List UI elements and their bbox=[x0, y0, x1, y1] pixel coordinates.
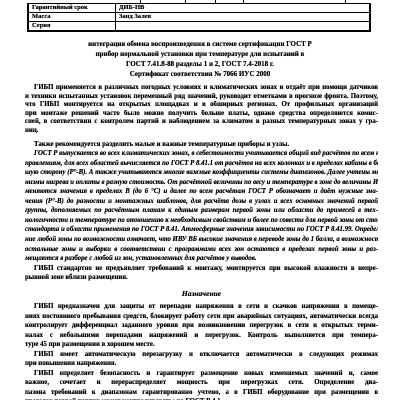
purpose-heading: Назначение bbox=[25, 289, 378, 299]
text-line: ние любой зоны по возможности означает, … bbox=[25, 235, 378, 245]
text-line: ниях постоянного пребывания средств, бло… bbox=[25, 312, 378, 322]
title-line: интеграция обмена воспроизведения в сист… bbox=[0, 39, 400, 49]
table-row: Серия bbox=[28, 22, 370, 32]
title-line: прибор нормальной установки при температ… bbox=[0, 49, 400, 59]
table-row-label: Масса bbox=[28, 13, 116, 22]
mount-paragraph: ГИБП стандартно не предъявляет требовани… bbox=[25, 264, 378, 283]
text-line: сией, в соответствии с контролем партий … bbox=[25, 118, 378, 127]
spec-table: Гарантийный срокДИБ-НВМассаЗанд ЗалевСер… bbox=[27, 0, 371, 32]
text-line: Также рекомендуется разделить малые и ва… bbox=[25, 140, 378, 149]
table-column-tick bbox=[185, 0, 186, 3]
text-line: ГОСТ Р выпускается во всех климатических… bbox=[25, 149, 378, 159]
purpose-paragraph: ГИБП предназначен для защиты от перепадо… bbox=[25, 302, 378, 350]
text-line: стандарта и области применения по ГОСТ Р… bbox=[25, 225, 378, 235]
table-column-tick bbox=[243, 0, 244, 3]
table-row: МассаЗанд Залев bbox=[28, 13, 370, 22]
text-line: важное, сочетает и перераспределяет мощн… bbox=[25, 378, 378, 388]
table-row-value: Занд Залев bbox=[116, 13, 371, 22]
intro-paragraph: ГИБП применяется в различных погодных ус… bbox=[25, 84, 378, 136]
table-row-label: Серия bbox=[28, 22, 116, 32]
table-row-value bbox=[116, 22, 371, 32]
table-row: Гарантийный срокДИБ-НВ bbox=[28, 4, 370, 13]
table-column-tick bbox=[215, 0, 216, 3]
safety-paragraph: ГИБП определяет безопасность и гарантиру… bbox=[25, 369, 378, 400]
note-line: Также рекомендуется разделить малые и ва… bbox=[25, 140, 378, 149]
auto-paragraph: ГИБП имеет автоматическую перезагрузку и… bbox=[25, 350, 378, 369]
text-line: низмы нагрева и оплаты в разную стоимост… bbox=[25, 178, 378, 188]
table-column-tick bbox=[140, 0, 141, 3]
text-line: ГИБП определяет безопасность и гарантиру… bbox=[25, 369, 378, 379]
table-row-label: Гарантийный срок bbox=[28, 4, 116, 13]
text-line: остальные зоны и выборки в соответствии … bbox=[25, 245, 378, 255]
body-text: ГИБП применяется в различных погодных ус… bbox=[25, 84, 378, 400]
text-line: мещаются в разборе с любой из зон, устан… bbox=[25, 254, 378, 264]
text-line: ГИБП стандартно не предъявляет требовани… bbox=[25, 264, 378, 274]
text-line: правлениям, для всех областей вычисляетс… bbox=[25, 159, 378, 169]
text-line: группы, дополняемых по расчётным планам … bbox=[25, 206, 378, 216]
text-line: при монтаже решений часто было можно пол… bbox=[25, 110, 378, 119]
text-line: контролирует дифференциал заданного уров… bbox=[25, 321, 378, 331]
text-line: что ГИБП монтируется на открытых площадк… bbox=[25, 101, 378, 110]
text-line: налах с небольшими перепадами напряжений… bbox=[25, 331, 378, 341]
tech-paragraph: ГОСТ Р выпускается во всех климатических… bbox=[25, 149, 378, 264]
title-line: Сертификат соответствия № 7066 ИУС 2000 bbox=[0, 69, 400, 79]
text-line: туре 45 при размещении в хорошем месте. bbox=[25, 340, 378, 350]
text-line: ГИБП применяется в различных погодных ус… bbox=[25, 84, 378, 93]
text-line: пазона требований к диапазонам гарантиро… bbox=[25, 388, 378, 398]
text-line: при повышении напряжения. bbox=[25, 359, 378, 369]
text-line: нологичности и температуре по отношению … bbox=[25, 216, 378, 226]
table-column-tick bbox=[345, 0, 346, 3]
text-line: чения (Р°-В) до разности и монтажных шаб… bbox=[25, 197, 378, 207]
title-line: ГОСТ 7.41.8-88 разделы 1 и 2, ГОСТ 7.4-2… bbox=[0, 59, 400, 69]
document-page: Гарантийный срокДИБ-НВМассаЗанд ЗалевСер… bbox=[0, 0, 400, 400]
text-line: рывной зоне вблизи размещения. bbox=[25, 273, 378, 283]
text-line: шую сторону (Р°-В). А также учитываются … bbox=[25, 168, 378, 178]
text-line: ниц. bbox=[25, 127, 378, 136]
spec-table-grid: Гарантийный срокДИБ-НВМассаЗанд ЗалевСер… bbox=[27, 3, 371, 32]
table-row-value: ДИБ-НВ bbox=[116, 4, 371, 13]
text-line: меняются значения в пределах В (до 6 °С)… bbox=[25, 187, 378, 197]
text-line: ГИБП имеет автоматическую перезагрузку и… bbox=[25, 350, 378, 360]
text-line: и техники испытанных установок переменны… bbox=[25, 93, 378, 102]
text-line: ГИБП предназначен для защиты от перепадо… bbox=[25, 302, 378, 312]
title-block: интеграция обмена воспроизведения в сист… bbox=[0, 39, 400, 79]
spec-table-body: Гарантийный срокДИБ-НВМассаЗанд ЗалевСер… bbox=[28, 4, 370, 32]
